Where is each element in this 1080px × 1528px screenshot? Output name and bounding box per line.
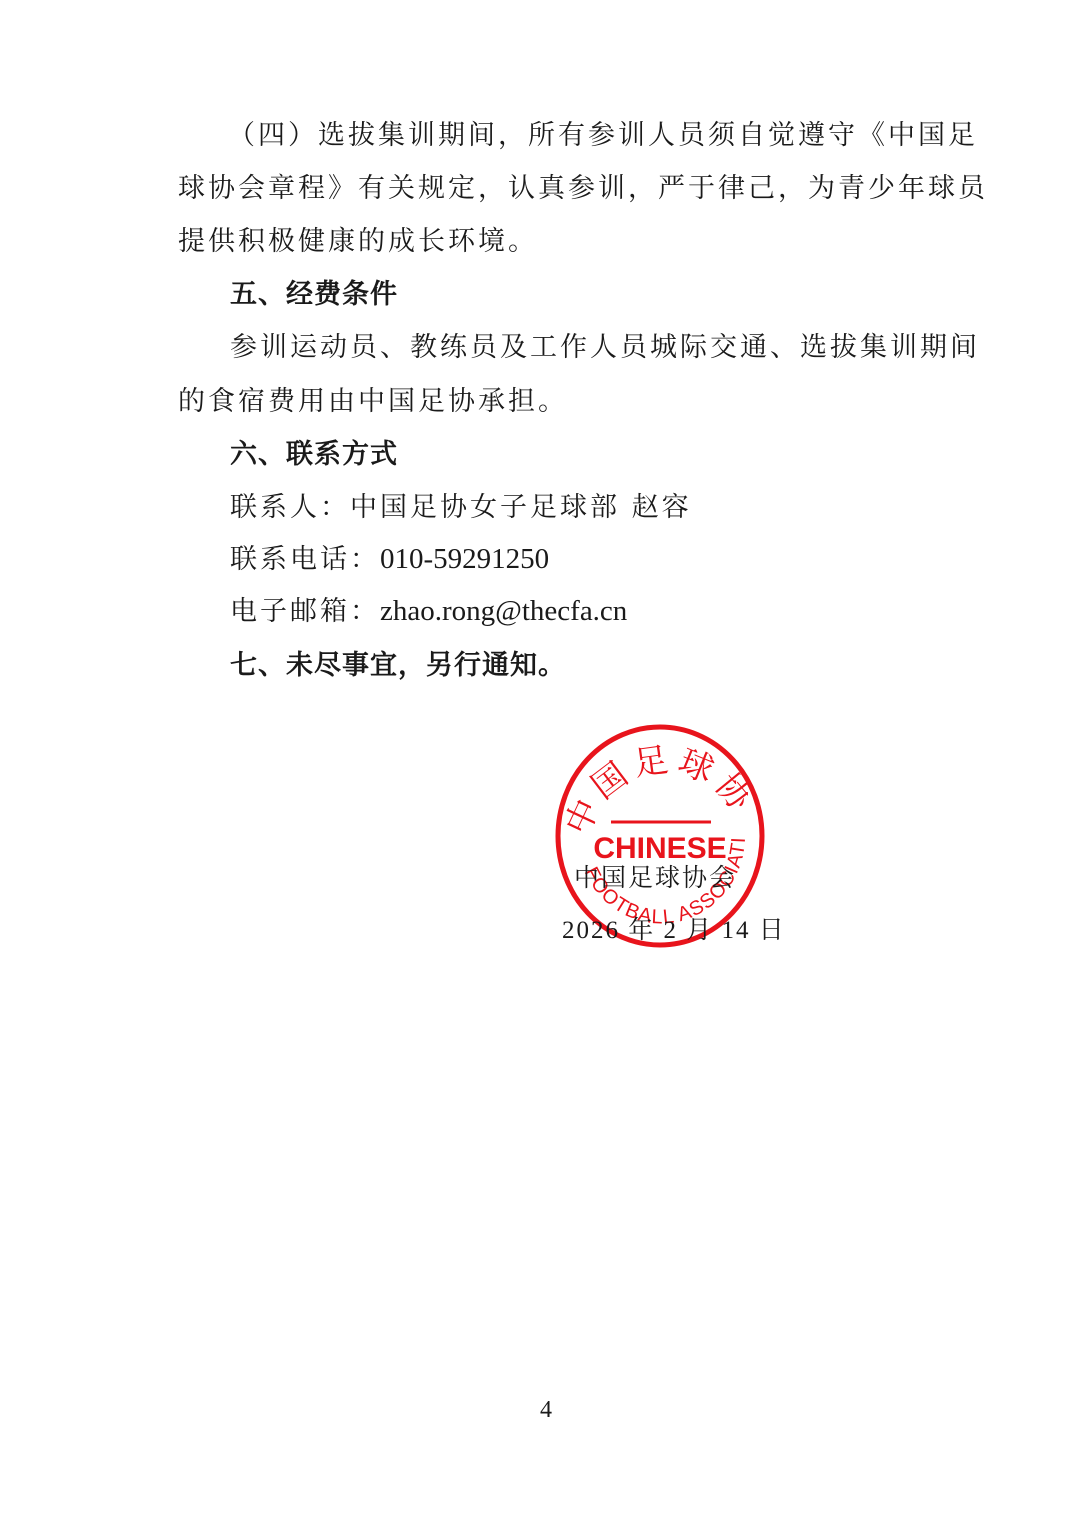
signature-org: 中国足球协会 — [574, 858, 736, 894]
contact-value: 中国足协女子足球部 赵容 — [350, 492, 692, 523]
email-label: 电子邮箱： — [230, 596, 380, 627]
phone-value: 010-59291250 — [380, 543, 549, 575]
contact-person: 联系人：中国足协女子足球部 赵容 — [230, 494, 692, 521]
paragraph-line: 球协会章程》有关规定，认真参训，严于律己，为青少年球员 — [178, 175, 988, 202]
section-heading: 五、经费条件 — [230, 281, 398, 308]
page-number: 4 — [540, 1397, 552, 1424]
signature-date: 2026 年 2 月 14 日 — [562, 910, 786, 946]
paragraph-line: 的食宿费用由中国足协承担。 — [178, 388, 568, 415]
contact-label: 联系人： — [230, 492, 350, 523]
contact-phone: 联系电话：010-59291250 — [230, 545, 549, 574]
section-heading: 六、联系方式 — [230, 441, 398, 468]
paragraph-line: 参训运动员、教练员及工作人员城际交通、选拔集训期间 — [230, 334, 980, 361]
paragraph-line: （四）选拔集训期间，所有参训人员须自觉遵守《中国足 — [228, 122, 978, 149]
phone-label: 联系电话： — [230, 544, 380, 575]
paragraph-line: 提供积极健康的成长环境。 — [178, 228, 538, 255]
section-heading: 七、未尽事宜，另行通知。 — [230, 652, 566, 679]
contact-email: 电子邮箱：zhao.rong@thecfa.cn — [230, 597, 627, 626]
email-value[interactable]: zhao.rong@thecfa.cn — [380, 595, 627, 627]
